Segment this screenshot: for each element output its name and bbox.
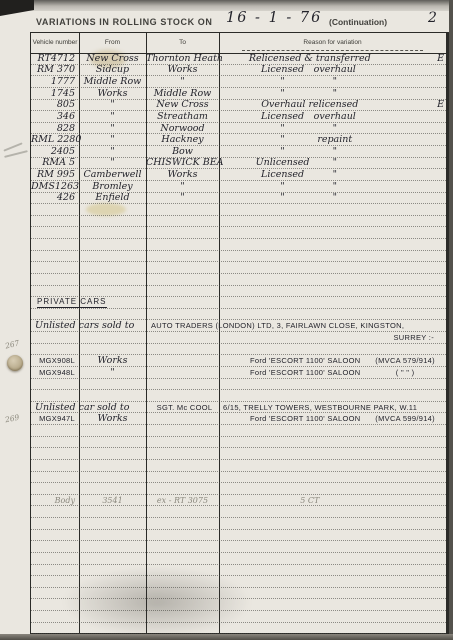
margin-note: 267 — [4, 338, 20, 350]
margin-scribble — [4, 150, 28, 158]
cell-vehicle-number: Body — [31, 496, 79, 505]
cell-reason: Licensed" — [219, 169, 446, 180]
table-row: 1777Middle Row""" — [31, 76, 446, 88]
cell-reason: "" — [219, 146, 446, 157]
cell-from: " — [79, 111, 146, 122]
cell-reason: "" — [219, 193, 446, 204]
reason-part-2: repaint — [310, 134, 360, 145]
table-row — [31, 472, 446, 484]
cell-to: " — [146, 192, 219, 203]
buyer-name: SGT. Mc COOL — [149, 403, 220, 412]
table-row — [31, 483, 446, 495]
reason-part-2: (MVCA 599/914) — [364, 413, 446, 424]
table-row — [31, 518, 446, 530]
cell-reason: 5 CT — [219, 495, 446, 506]
cell-from: Sidcup — [79, 64, 146, 75]
header-reason-rule — [242, 50, 424, 51]
cell-vehicle-number: RMA 5 — [31, 157, 79, 168]
table-row — [31, 425, 446, 437]
cell-from: Works — [79, 355, 146, 366]
header-from: From — [79, 33, 146, 53]
cell-from: " — [79, 134, 146, 145]
table-row — [31, 239, 446, 251]
table-row — [31, 611, 446, 623]
reason-part-1: 5 CT — [219, 495, 401, 506]
scan-edge-bottom — [0, 634, 453, 640]
cell-from: Enfield — [79, 192, 146, 203]
continuation-label: (Continuation) — [329, 17, 387, 27]
cell-vehicle-number: 828 — [31, 123, 79, 134]
reason-part-1: Ford 'ESCORT 1100' SALOON — [226, 355, 385, 366]
cell-from: 3541 — [79, 496, 146, 505]
cell-vehicle-number: MGX948L — [31, 368, 79, 377]
cell-vehicle-number: RM 995 — [31, 169, 79, 180]
table-row: 2405"Bow"" — [31, 146, 446, 158]
cell-vehicle-number: MGX947L — [31, 414, 79, 423]
cell-reason: "repaint — [219, 134, 446, 145]
table-row — [31, 390, 446, 402]
buyer-address: 6/15, TRELLY TOWERS, WESTBOURNE PARK, W.… — [223, 403, 442, 412]
cell-to: Norwood — [146, 123, 219, 134]
table-row — [31, 344, 446, 356]
table-row — [31, 309, 446, 321]
table-row: MGX947LWorksFord 'ESCORT 1100' SALOON(MV… — [31, 413, 446, 425]
table-row — [31, 565, 446, 577]
cell-reason: Ford 'ESCORT 1100' SALOON(MVCA 579/914) — [219, 355, 446, 366]
cell-reason: Licensedoverhaul — [219, 111, 446, 122]
buyer-address: AUTO TRADERS (LONDON) LTD, 3, FAIRLAWN C… — [151, 321, 442, 330]
table-row — [31, 588, 446, 600]
section-heading: PRIVATE CARS — [37, 297, 107, 308]
cell-to: Streatham — [146, 111, 219, 122]
table-row: Unlisted car sold toSGT. Mc COOL6/15, TR… — [31, 402, 446, 414]
table-row: PRIVATE CARS — [31, 297, 446, 309]
reason-part-2: " — [310, 193, 360, 204]
table-row: 1745WorksMiddle Row"" — [31, 88, 446, 100]
form-title: VARIATIONS IN ROLLING STOCK ON — [36, 17, 213, 27]
cell-to: Middle Row — [146, 88, 219, 99]
cell-from: Works — [79, 413, 146, 424]
table-row: MGX948L"Ford 'ESCORT 1100' SALOON( " " ) — [31, 367, 446, 379]
table-row — [31, 541, 446, 553]
reason-part-2: (MVCA 579/914) — [364, 355, 446, 366]
page-header: VARIATIONS IN ROLLING STOCK ON 16 - 1 - … — [0, 11, 453, 32]
cell-to: Works — [146, 169, 219, 180]
cell-to: New Cross — [146, 99, 219, 110]
margin-scribble — [3, 142, 22, 151]
cell-from: " — [79, 123, 146, 134]
header-to: To — [146, 33, 219, 53]
table-row — [31, 262, 446, 274]
table-row: RM 995CamberwellWorksLicensed" — [31, 169, 446, 181]
reason-part-2: overhaul — [310, 111, 360, 122]
header-reason-label: Reason for variation — [303, 39, 361, 46]
table-row — [31, 274, 446, 286]
table-row — [31, 576, 446, 588]
table-row — [31, 251, 446, 263]
cell-vehicle-number: 2405 — [31, 146, 79, 157]
annotation-row: Unlisted cars sold toAUTO TRADERS (LONDO… — [31, 320, 446, 331]
table-row: 346"StreathamLicensedoverhaul — [31, 111, 446, 123]
table-row — [31, 216, 446, 228]
cell-vehicle-number: DMS1263 — [31, 181, 79, 192]
scan-edge-right — [449, 0, 453, 640]
cell-from: Bromley — [79, 181, 146, 192]
cell-vehicle-number: 346 — [31, 111, 79, 122]
cell-to: Hackney — [146, 134, 219, 145]
cell-from: Works — [79, 88, 146, 99]
cell-reason: "" — [219, 181, 446, 192]
cell-to: Bow — [146, 146, 219, 157]
cell-from: Middle Row — [79, 76, 146, 87]
sold-to-note: Unlisted car sold to — [35, 402, 147, 413]
cell-vehicle-number: 1745 — [31, 88, 79, 99]
table-row — [31, 286, 446, 298]
handwritten-date: 16 - 1 - 76 — [226, 10, 322, 26]
table-row — [31, 227, 446, 239]
cell-to: Works — [146, 64, 219, 75]
reason-part-2: overhaul — [310, 65, 360, 76]
table-row — [31, 379, 446, 391]
table-row: 828"Norwood"" — [31, 123, 446, 135]
cell-from: " — [79, 157, 146, 168]
reason-part-1: Ford 'ESCORT 1100' SALOON — [226, 367, 385, 378]
table-row: SURREY :- — [31, 332, 446, 344]
hole-punch — [7, 355, 23, 371]
reason-part-2: " — [310, 123, 360, 134]
reason-part-2: " — [310, 181, 360, 192]
table-row — [31, 448, 446, 460]
reason-part-2: " — [310, 76, 360, 87]
table-row: Body3541ex - RT 30755 CT — [31, 495, 446, 507]
cell-vehicle-number: 805 — [31, 99, 79, 110]
cell-vehicle-number: RT4712 — [31, 53, 79, 64]
cell-reason: "" — [219, 76, 446, 87]
cell-reason: "" — [219, 88, 446, 99]
reason-part-2: ( " " ) — [364, 367, 446, 378]
table-row: RT4712New CrossThornton HeathRelicensed … — [31, 53, 446, 65]
cell-from: Camberwell — [79, 169, 146, 180]
scanned-ledger-page: 267 269 VARIATIONS IN ROLLING STOCK ON 1… — [0, 0, 453, 640]
cell-reason: Relicensed & transferredE — [219, 53, 446, 64]
sold-to-note: Unlisted cars sold to — [35, 320, 147, 331]
cell-reason: "" — [219, 123, 446, 134]
cell-to: " — [146, 76, 219, 87]
table-row: 805"New CrossOverhaul relicensedE — [31, 100, 446, 112]
cell-to: Thornton Heath — [146, 53, 219, 64]
cell-to: ex - RT 3075 — [146, 496, 219, 505]
cell-reason: Licensedoverhaul — [219, 65, 446, 76]
cell-reason: Ford 'ESCORT 1100' SALOON(MVCA 599/914) — [219, 413, 446, 424]
table-row — [31, 204, 446, 216]
address-continuation: SURREY :- — [394, 333, 435, 342]
reason-part-2: " — [310, 146, 360, 157]
header-vehicle-number: Vehicle number — [31, 33, 79, 53]
cell-vehicle-number: MGX908L — [31, 356, 79, 365]
table-row — [31, 530, 446, 542]
scan-edge-top — [0, 0, 453, 11]
cell-from: " — [79, 99, 146, 110]
cell-from: " — [79, 367, 146, 378]
table-header-row: Vehicle number From To Reason for variat… — [31, 33, 446, 54]
reason-part-1: Ford 'ESCORT 1100' SALOON — [226, 413, 385, 424]
cell-from: New Cross — [79, 53, 146, 64]
table-row — [31, 437, 446, 449]
e-flag: E — [437, 53, 444, 64]
table-row — [31, 506, 446, 518]
table-row: 426Enfield""" — [31, 193, 446, 205]
cell-vehicle-number: 1777 — [31, 76, 79, 87]
reason-part-1: Overhaul relicensed — [219, 100, 401, 111]
rolling-stock-table: Vehicle number From To Reason for variat… — [30, 32, 449, 634]
cell-vehicle-number: 426 — [31, 192, 79, 203]
reason-part-2: " — [310, 169, 360, 180]
table-row: RML 2280"Hackney"repaint — [31, 134, 446, 146]
table-row — [31, 460, 446, 472]
cell-reason: Unlicensed" — [219, 158, 446, 169]
table-body: RT4712New CrossThornton HeathRelicensed … — [31, 53, 446, 633]
table-row — [31, 599, 446, 611]
table-row: RMA 5"CHISWICK BEAUnlicensed" — [31, 158, 446, 170]
table-row: MGX908LWorksFord 'ESCORT 1100' SALOON(MV… — [31, 355, 446, 367]
cell-to: CHISWICK BEA — [146, 157, 219, 168]
margin-note: 269 — [4, 413, 20, 425]
page-number: 2 — [428, 10, 437, 26]
cell-to: " — [146, 181, 219, 192]
table-row: Unlisted cars sold toAUTO TRADERS (LONDO… — [31, 320, 446, 332]
cell-vehicle-number: RML 2280 — [31, 134, 79, 145]
annotation-row: Unlisted car sold toSGT. Mc COOL6/15, TR… — [31, 402, 446, 413]
reason-part-2: " — [310, 158, 360, 169]
cell-from: " — [79, 146, 146, 157]
cell-reason: Overhaul relicensedE — [219, 100, 446, 111]
cell-reason: Ford 'ESCORT 1100' SALOON( " " ) — [219, 367, 446, 378]
reason-part-1: Relicensed & transferred — [219, 53, 401, 64]
cell-vehicle-number: RM 370 — [31, 64, 79, 75]
table-row — [31, 623, 446, 635]
table-row — [31, 553, 446, 565]
e-flag: E — [437, 100, 444, 111]
table-row: RM 370SidcupWorksLicensedoverhaul — [31, 65, 446, 77]
reason-part-2: " — [310, 88, 360, 99]
header-reason: Reason for variation — [219, 33, 446, 53]
table-row: DMS1263Bromley""" — [31, 181, 446, 193]
